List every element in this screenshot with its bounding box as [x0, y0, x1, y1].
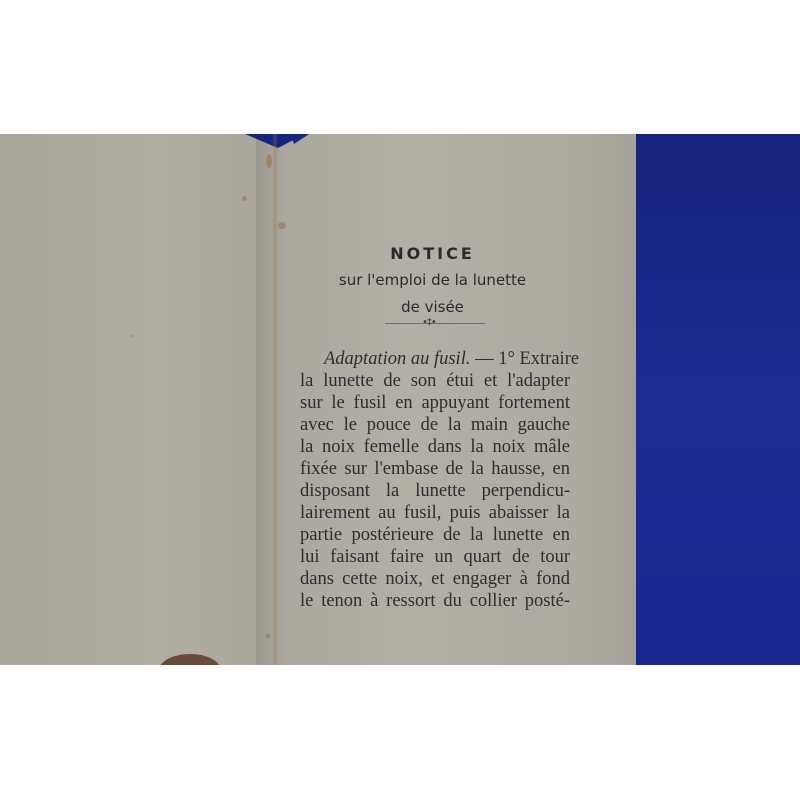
left-page: [0, 134, 282, 665]
body-line: partie postérieure de la lunette en: [300, 524, 570, 546]
section-lead: Adaptation au fusil.: [324, 349, 470, 369]
body-line: la lunette de son étui et l'adapter: [300, 370, 570, 392]
body-line: dans cette noix, et engager à fond: [300, 568, 570, 590]
foxing-spot: [130, 334, 134, 338]
body-line: fixée sur l'embase de la hausse, en: [300, 458, 570, 480]
foxing-spot: [266, 154, 272, 168]
blue-cloth-background: [620, 134, 800, 665]
body-line: Adaptation au fusil. — 1° Extraire: [324, 348, 570, 370]
body-line: le tenon à ressort du collier posté-: [300, 590, 570, 612]
booklet-photo: NOTICE sur l'emploi de la lunette de vis…: [0, 134, 800, 665]
page-text: NOTICE sur l'emploi de la lunette de vis…: [300, 134, 630, 665]
foxing-spot: [266, 634, 270, 638]
subtitle-line-2: de visée: [300, 298, 565, 316]
foxing-spot: [242, 196, 247, 201]
subtitle-line-1: sur l'emploi de la lunette: [300, 271, 565, 289]
body-line: avec le pouce de la main gauche: [300, 414, 570, 436]
body-line: la noix femelle dans la noix mâle: [300, 436, 570, 458]
page-title: NOTICE: [300, 244, 565, 263]
body-line: lairement au fusil, puis abaisser la: [300, 502, 570, 524]
body-line: disposant la lunette perpendicu-: [300, 480, 570, 502]
body-line: sur le fusil en appuyant fortement: [300, 392, 570, 414]
body-line: lui faisant faire un quart de tour: [300, 546, 570, 568]
ornament-icon: •‡•: [422, 317, 436, 328]
book-spine: [272, 134, 278, 665]
foxing-spot: [278, 222, 286, 229]
